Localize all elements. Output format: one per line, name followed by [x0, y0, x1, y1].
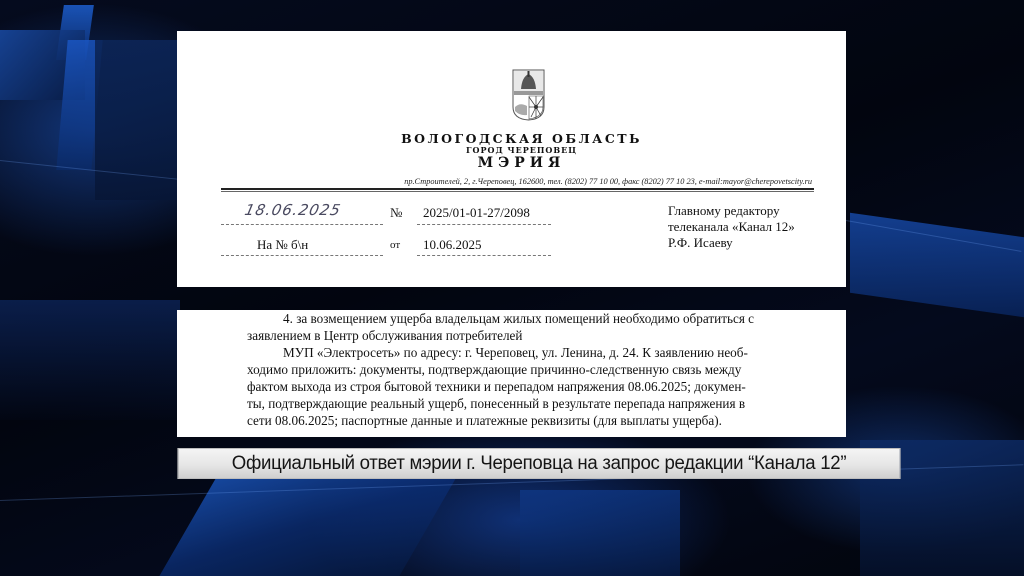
broadcast-frame: ВОЛОГОДСКАЯ ОБЛАСТЬ ГОРОД ЧЕРЕПОВЕЦ МЭРИ… — [0, 0, 1024, 576]
field-underline — [221, 255, 383, 256]
background-shape — [56, 40, 102, 170]
recipient-line: Р.Ф. Исаеву — [668, 235, 795, 251]
reference-label: На № б\н — [257, 237, 308, 253]
background-shape — [56, 5, 94, 60]
org-region: ВОЛОГОДСКАЯ ОБЛАСТЬ — [177, 131, 846, 146]
registration-number: 2025/01-01-27/2098 — [423, 205, 530, 221]
document-body-panel: 4. за возмещением ущерба владельцам жилы… — [177, 310, 846, 437]
background-shape — [95, 40, 177, 200]
body-line: 4. за возмещением ущерба владельцам жилы… — [247, 310, 815, 327]
recipient-line: Главному редактору — [668, 203, 795, 219]
background-line — [0, 160, 179, 180]
recipient-block: Главному редактору телеканала «Канал 12»… — [668, 203, 795, 251]
field-underline — [417, 255, 551, 256]
reference-date: 10.06.2025 — [423, 237, 482, 253]
org-city: ГОРОД ЧЕРЕПОВЕЦ — [177, 145, 846, 155]
field-underline — [221, 224, 383, 225]
lower-third-caption: Официальный ответ мэрии г. Череповца на … — [177, 448, 900, 479]
background-shape — [0, 300, 180, 420]
org-address: пр.Строителей, 2, г.Череповец, 162600, т… — [282, 177, 812, 186]
body-line: заявлением в Центр обслуживания потребит… — [247, 327, 815, 344]
background-line — [846, 220, 1021, 252]
body-line: МУП «Электросеть» по адресу: г. Черепове… — [247, 344, 815, 361]
document-body-text: 4. за возмещением ущерба владельцам жилы… — [247, 324, 815, 429]
body-line: ты, подтверждающие реальный ущерб, понес… — [247, 395, 815, 412]
body-line: сети 08.06.2025; паспортные данные и пла… — [247, 412, 815, 429]
body-line: ходимо приложить: документы, подтверждаю… — [247, 361, 815, 378]
org-name: МЭРИЯ — [177, 155, 846, 171]
recipient-line: телеканала «Канал 12» — [668, 219, 795, 235]
header-divider — [221, 188, 814, 190]
registration-number-label: № — [390, 205, 402, 221]
field-underline — [417, 224, 551, 225]
reference-from-label: от — [390, 239, 400, 251]
background-shape — [520, 490, 680, 576]
header-divider — [221, 191, 814, 192]
background-shape — [850, 213, 1024, 317]
body-line: фактом выхода из строя бытовой техники и… — [247, 378, 815, 395]
document-letterhead-panel: ВОЛОГОДСКАЯ ОБЛАСТЬ ГОРОД ЧЕРЕПОВЕЦ МЭРИ… — [177, 31, 846, 287]
background-shape — [0, 30, 85, 100]
coat-of-arms-icon — [512, 69, 545, 121]
registration-date-handwritten: 18.06.2025 — [243, 201, 343, 219]
